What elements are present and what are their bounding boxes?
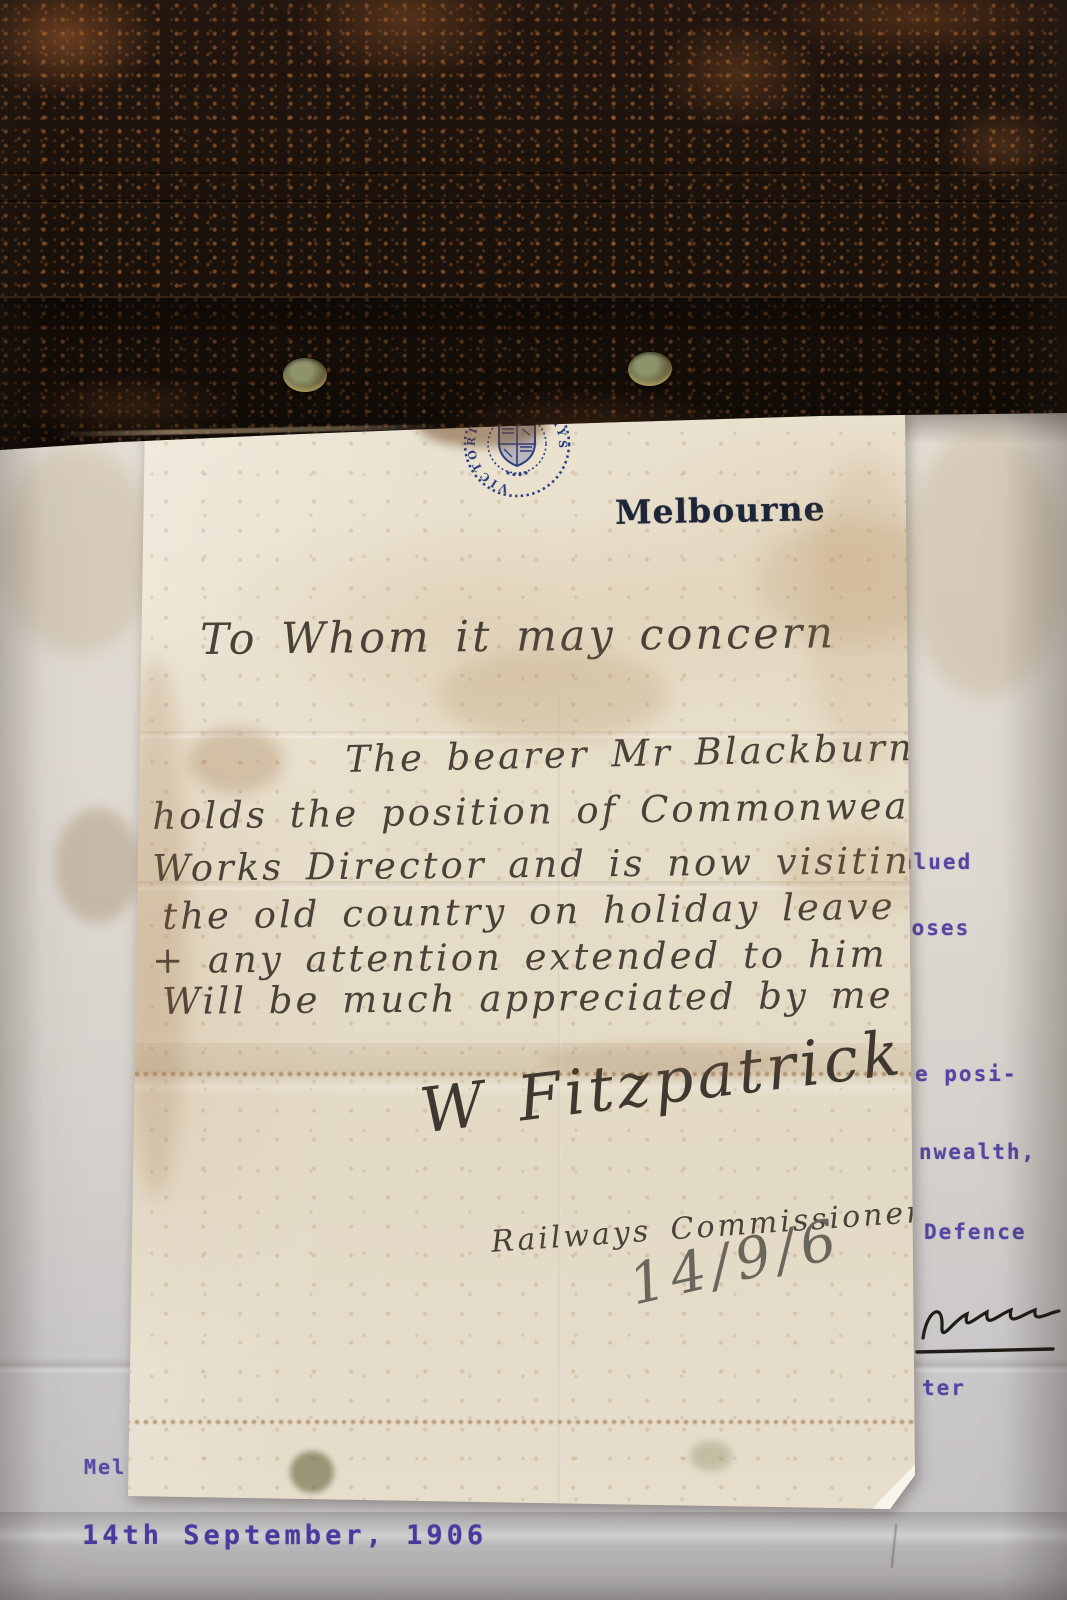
typed-date: 14th September, 1906 bbox=[82, 1520, 487, 1551]
salutation-line: To Whom it may concern bbox=[200, 608, 836, 665]
partial-ink-signature bbox=[913, 1288, 1067, 1368]
typed-fragment-nwealth: nwealth, bbox=[919, 1140, 1036, 1164]
corner-dog-ear bbox=[870, 1461, 918, 1511]
handwritten-line: Will be much appreciated by me bbox=[162, 974, 894, 1023]
fold-stain-band bbox=[124, 1415, 920, 1429]
paper-stain bbox=[438, 648, 668, 743]
handwritten-letter: VICTORIAN RAILWAYS Melbourne To Whom it … bbox=[118, 403, 930, 1518]
brass-stud-right bbox=[627, 351, 673, 388]
handwritten-line: the old country on holiday leave bbox=[162, 885, 896, 938]
leather-groove bbox=[0, 172, 1067, 174]
leather-groove bbox=[0, 200, 1067, 202]
paper-stain bbox=[290, 1451, 334, 1493]
leather-case bbox=[0, 0, 1067, 452]
letter-paper: VICTORIAN RAILWAYS Melbourne To Whom it … bbox=[118, 403, 930, 1518]
handwritten-line: Works Director and is now visiting bbox=[152, 839, 938, 890]
handwritten-line: holds the position of Commonwealth bbox=[152, 784, 969, 838]
photo-of-letter: alued poses e posi- nwealth, Defence ter… bbox=[0, 0, 1067, 1600]
letterhead-city: Melbourne bbox=[615, 489, 826, 532]
typed-fragment-posi: e posi- bbox=[915, 1062, 1018, 1086]
brass-stud-left bbox=[283, 358, 327, 392]
paper-stain bbox=[690, 1441, 732, 1471]
paper-crease bbox=[0, 1576, 1067, 1600]
typed-fragment-defence: Defence bbox=[924, 1220, 1027, 1244]
signature-name: W Fitzpatrick bbox=[416, 1016, 907, 1148]
